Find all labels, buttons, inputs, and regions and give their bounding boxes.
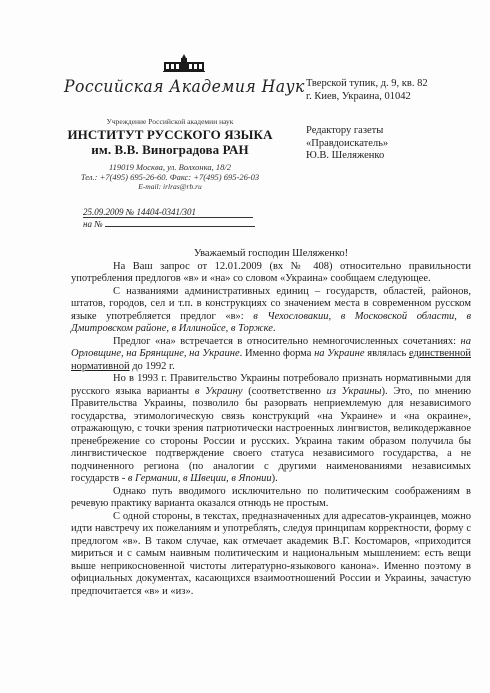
institute-phones: Тел.: +7(495) 695-26-60. Факс: +7(495) 6… [60, 172, 280, 182]
paragraph-5: Однако путь вводимого исключительно по п… [71, 486, 471, 511]
institute-name: ИНСТИТУТ РУССКОГО ЯЗЫКА им. В.В. Виногра… [60, 127, 280, 157]
paragraph-6: С одной стороны, в текстах, предназначен… [71, 511, 471, 599]
outgoing-reference: 25.09.2009 № 14404-0341/301 на № [83, 207, 255, 231]
recipient-role-line2: «Правдоискатель» [306, 138, 428, 151]
outgoing-number: 25.09.2009 № 14404-0341/301 [83, 207, 253, 218]
recipient-role-line1: Редактору газеты [306, 125, 428, 138]
letter-body: Уважаемый господин Шеляженко! На Ваш зап… [71, 248, 471, 598]
reply-to-label: на № [83, 219, 103, 229]
letter-page: Российская Академия Наук Учреждение Росс… [0, 0, 490, 693]
paragraph-2: С названиями административных единиц – г… [71, 286, 471, 336]
reply-to-line [105, 226, 255, 227]
paragraph-1: На Ваш запрос от 12.01.2009 (вх № 408) о… [71, 261, 471, 286]
institute-contacts: 119019 Москва, ул. Волхонка, 18/2 Тел.: … [60, 162, 280, 192]
institute-name-line2: им. В.В. Виноградова РАН [60, 142, 280, 157]
paragraph-4: Но в 1993 г. Правительство Украины потре… [71, 373, 471, 486]
academy-building-icon [163, 54, 205, 77]
recipient-address-line1: Тверской тупик, д. 9, кв. 82 [306, 78, 428, 91]
institute-address: 119019 Москва, ул. Волхонка, 18/2 [60, 162, 280, 172]
paragraph-3: Предлог «на» встречается в относительно … [71, 336, 471, 374]
academy-logo: Российская Академия Наук [64, 54, 264, 97]
academy-script-title: Российская Академия Наук [64, 77, 248, 97]
institute-email: E-mail: irlras@rb.ru [60, 182, 280, 192]
recipient-block: Тверской тупик, д. 9, кв. 82 г. Киев, Ук… [306, 78, 428, 163]
institute-name-line1: ИНСТИТУТ РУССКОГО ЯЗЫКА [60, 127, 280, 142]
greeting: Уважаемый господин Шеляженко! [71, 248, 471, 261]
recipient-name: Ю.В. Шеляженко [306, 150, 428, 163]
recipient-address-line2: г. Киев, Украина, 01042 [306, 91, 428, 104]
institution-type: Учреждение Российской академии наук [60, 117, 280, 126]
